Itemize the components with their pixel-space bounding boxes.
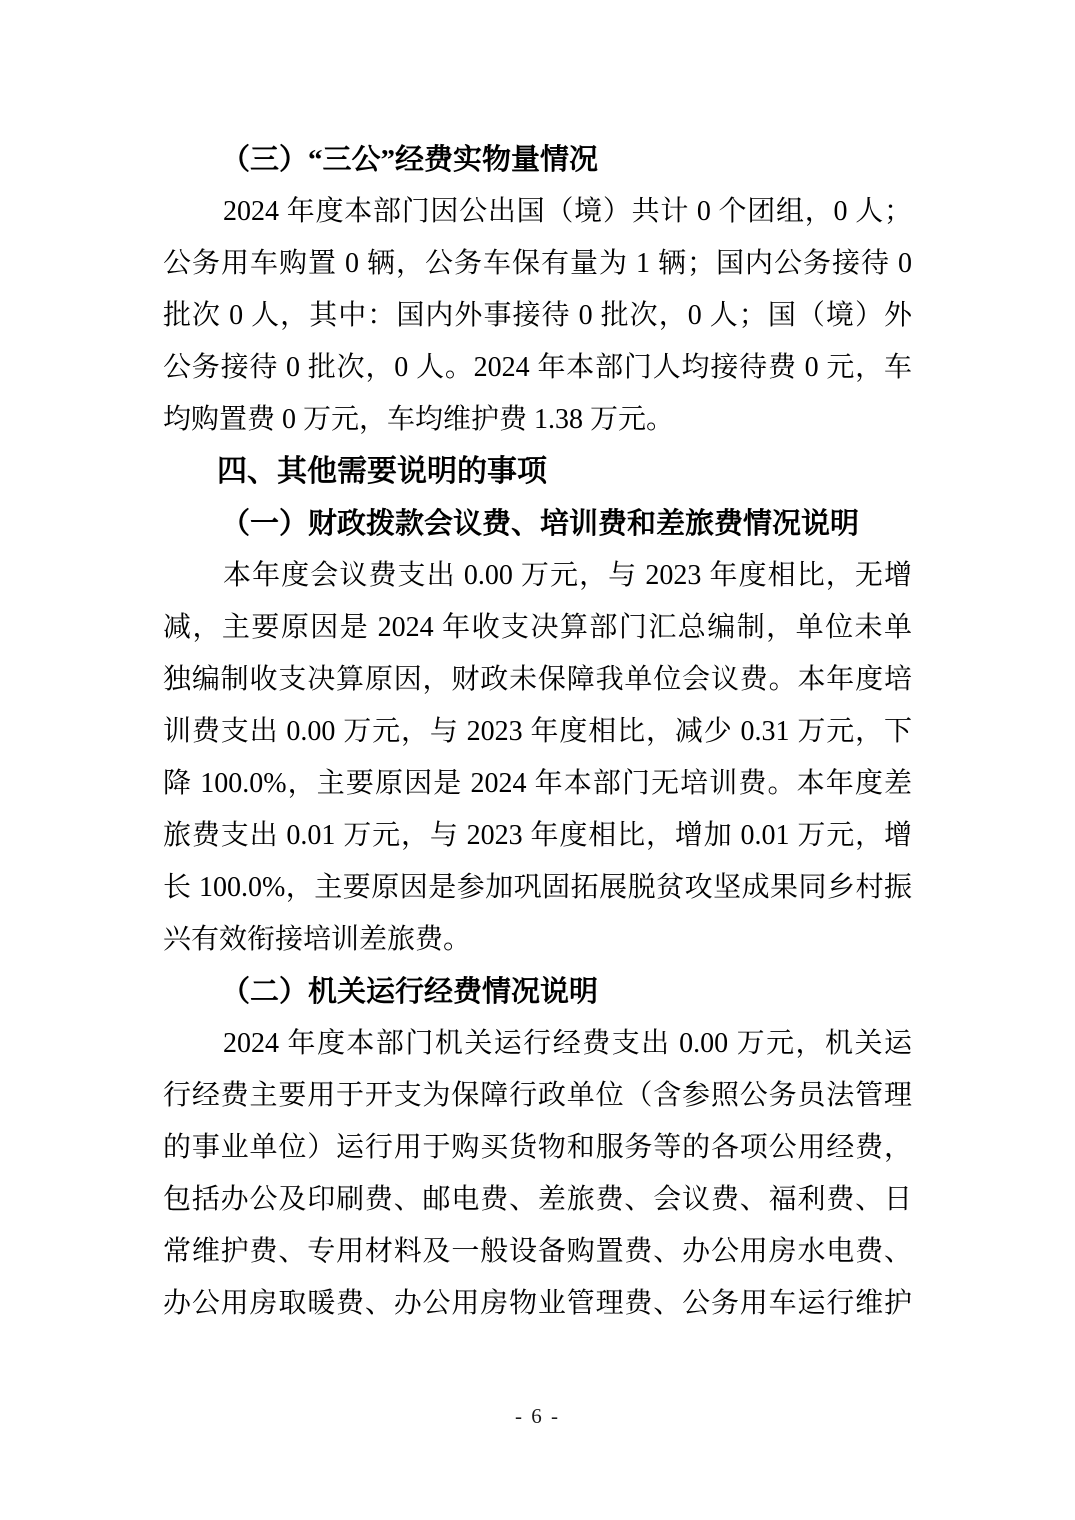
agency-operating-cost-paragraph-line-4: 包括办公及印刷费、邮电费、差旅费、会议费、福利费、日 bbox=[163, 1174, 912, 1226]
heading-subsection-two-agency-operating-cost: （二）机关运行经费情况说明 bbox=[163, 966, 912, 1018]
document-body: （三）“三公”经费实物量情况 2024 年度本部门因公出国（境）共计 0 个团组… bbox=[163, 134, 912, 1330]
sangong-paragraph-line-2: 公务用车购置 0 辆，公务车保有量为 1 辆；国内公务接待 0 bbox=[163, 238, 912, 290]
agency-operating-cost-paragraph-line-3: 的事业单位）运行用于购买货物和服务等的各项公用经费， bbox=[163, 1122, 912, 1174]
agency-operating-cost-paragraph-line-5: 常维护费、专用材料及一般设备购置费、办公用房水电费、 bbox=[163, 1226, 912, 1278]
meeting-training-travel-paragraph-line-3: 独编制收支决算原因，财政未保障我单位会议费。本年度培 bbox=[163, 654, 912, 706]
meeting-training-travel-paragraph-line-4: 训费支出 0.00 万元，与 2023 年度相比，减少 0.31 万元，下 bbox=[163, 706, 912, 758]
page-number: - 6 - bbox=[0, 1396, 1075, 1436]
meeting-training-travel-paragraph-line-5: 降 100.0%，主要原因是 2024 年本部门无培训费。本年度差 bbox=[163, 758, 912, 810]
meeting-training-travel-paragraph-line-6: 旅费支出 0.01 万元，与 2023 年度相比，增加 0.01 万元，增 bbox=[163, 810, 912, 862]
agency-operating-cost-paragraph-line-6: 办公用房取暖费、办公用房物业管理费、公务用车运行维护 bbox=[163, 1278, 912, 1330]
sangong-paragraph-line-1: 2024 年度本部门因公出国（境）共计 0 个团组，0 人； bbox=[163, 186, 912, 238]
heading-subsection-one-meeting-training-travel: （一）财政拨款会议费、培训费和差旅费情况说明 bbox=[163, 498, 912, 550]
agency-operating-cost-paragraph-line-2: 行经费主要用于开支为保障行政单位（含参照公务员法管理 bbox=[163, 1070, 912, 1122]
document-page: （三）“三公”经费实物量情况 2024 年度本部门因公出国（境）共计 0 个团组… bbox=[0, 0, 1075, 1520]
meeting-training-travel-paragraph-line-8: 兴有效衔接培训差旅费。 bbox=[163, 914, 912, 966]
agency-operating-cost-paragraph-line-1: 2024 年度本部门机关运行经费支出 0.00 万元，机关运 bbox=[163, 1018, 912, 1070]
meeting-training-travel-paragraph-line-1: 本年度会议费支出 0.00 万元，与 2023 年度相比，无增 bbox=[163, 550, 912, 602]
sangong-paragraph-line-3: 批次 0 人，其中：国内外事接待 0 批次，0 人；国（境）外 bbox=[163, 290, 912, 342]
sangong-paragraph-line-4: 公务接待 0 批次，0 人。2024 年本部门人均接待费 0 元，车 bbox=[163, 342, 912, 394]
heading-sangong-physical-quantity: （三）“三公”经费实物量情况 bbox=[163, 134, 912, 186]
sangong-paragraph-line-5: 均购置费 0 万元，车均维护费 1.38 万元。 bbox=[163, 394, 912, 446]
meeting-training-travel-paragraph-line-2: 减，主要原因是 2024 年收支决算部门汇总编制，单位未单 bbox=[163, 602, 912, 654]
meeting-training-travel-paragraph-line-7: 长 100.0%，主要原因是参加巩固拓展脱贫攻坚成果同乡村振 bbox=[163, 862, 912, 914]
heading-section-four-other-matters: 四、其他需要说明的事项 bbox=[163, 446, 912, 498]
